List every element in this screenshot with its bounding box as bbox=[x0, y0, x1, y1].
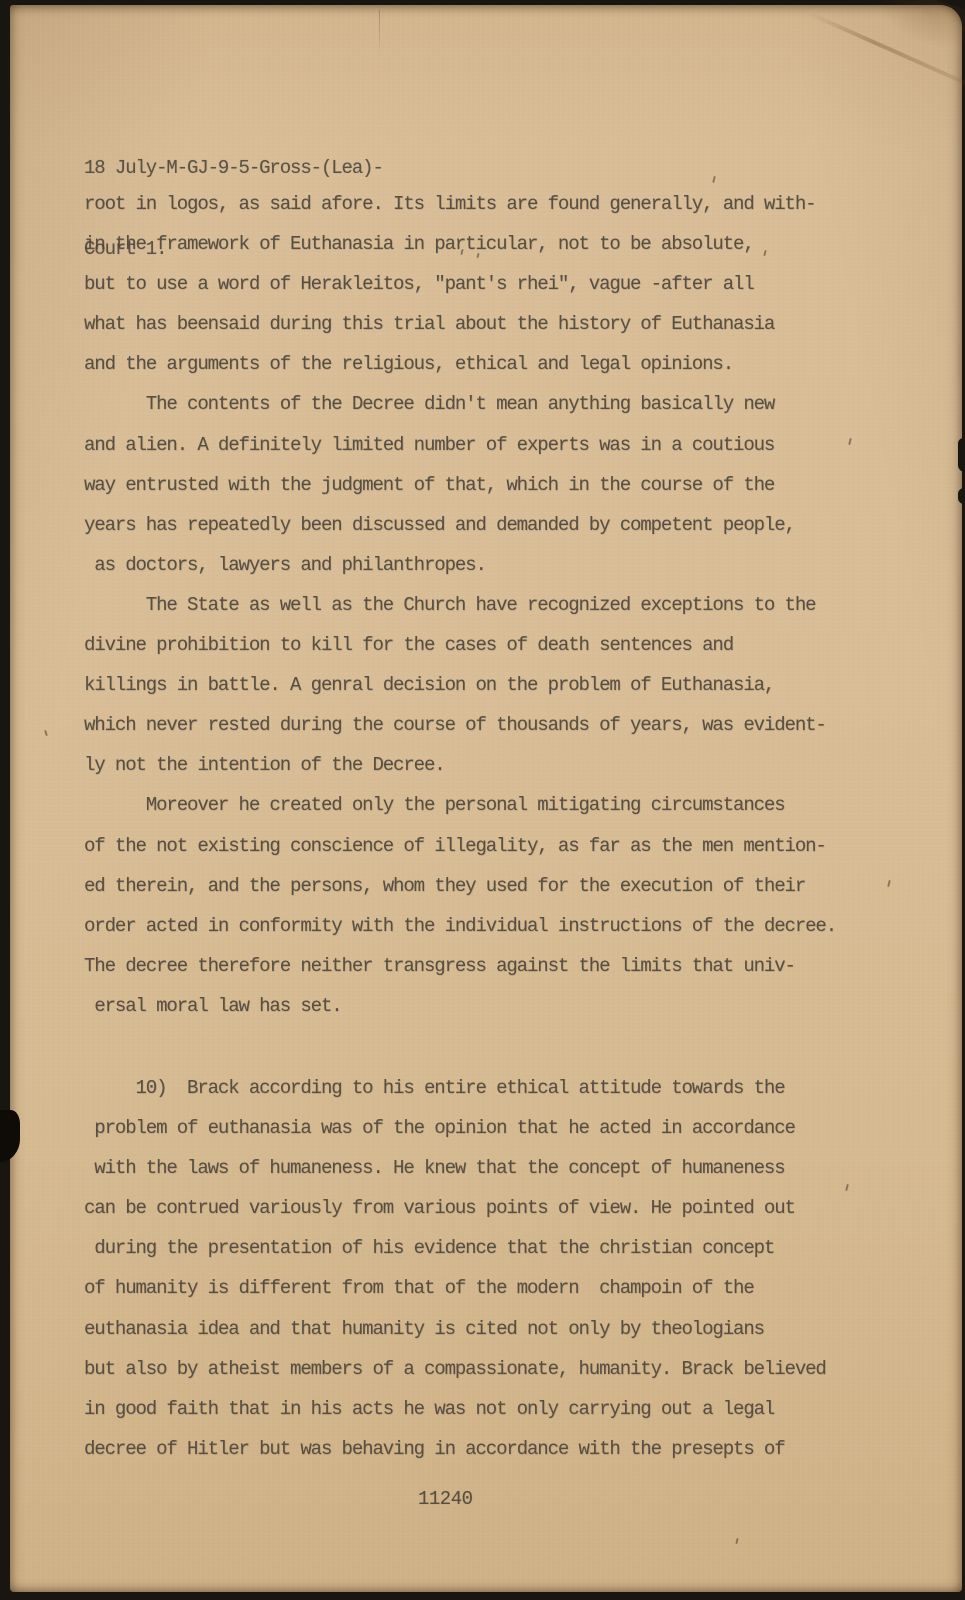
text-line: problem of euthanasia was of the opinion… bbox=[84, 1108, 954, 1148]
text-line: years has repeatedly been discussed and … bbox=[84, 505, 954, 545]
text-line: Moreover he created only the personal mi… bbox=[84, 785, 954, 825]
text-line: what has beensaid during this trial abou… bbox=[84, 304, 954, 344]
text-line: The State as well as the Church have rec… bbox=[84, 585, 954, 625]
page-number: 11240 bbox=[418, 1479, 473, 1519]
text-line: ed therein, and the persons, whom they u… bbox=[84, 866, 954, 906]
text-line: but to use a word of Herakleitos, "pant'… bbox=[84, 264, 954, 304]
text-line: euthanasia idea and that humanity is cit… bbox=[84, 1309, 954, 1349]
header-line: 18 July-M-GJ-9-5-Gross-(Lea)- bbox=[84, 155, 383, 182]
text-line: in the framework of Euthanasia in partic… bbox=[84, 224, 954, 264]
text-line: of humanity is different from that of th… bbox=[84, 1268, 954, 1308]
text-line: during the presentation of his evidence … bbox=[84, 1228, 954, 1268]
text-line: way entrusted with the judgment of that,… bbox=[84, 465, 954, 505]
torn-edge-nick bbox=[958, 488, 965, 504]
text-line: decree of Hitler but was behaving in acc… bbox=[84, 1429, 954, 1469]
text-line: killings in battle. A genral decision on… bbox=[84, 665, 954, 705]
text-line: 10) Brack according to his entire ethica… bbox=[84, 1068, 954, 1108]
text-line: The contents of the Decree didn't mean a… bbox=[84, 384, 954, 424]
paper-fold-line bbox=[379, 10, 380, 56]
text-line: with the laws of humaneness. He knew tha… bbox=[84, 1148, 954, 1188]
text-line: and alien. A definitely limited number o… bbox=[84, 425, 954, 465]
paragraph: root in logos, as said afore. Its limits… bbox=[84, 184, 954, 384]
scan-root: { "colors": { "scan_background": "#19151… bbox=[0, 0, 965, 1600]
text-line: order acted in conformity with the indiv… bbox=[84, 906, 954, 946]
text-line: can be contrued variously from various p… bbox=[84, 1188, 954, 1228]
paragraph: The contents of the Decree didn't mean a… bbox=[84, 384, 954, 584]
text-line: in good faith that in his acts he was no… bbox=[84, 1389, 954, 1429]
paragraph: 10) Brack according to his entire ethica… bbox=[84, 1068, 954, 1469]
text-line: divine prohibition to kill for the cases… bbox=[84, 625, 954, 665]
text-line: and the arguments of the religious, ethi… bbox=[84, 344, 954, 384]
paragraph: Moreover he created only the personal mi… bbox=[84, 785, 954, 1026]
text-line: but also by atheist members of a compass… bbox=[84, 1349, 954, 1389]
document-body: root in logos, as said afore. Its limits… bbox=[84, 184, 954, 1469]
torn-edge-nick bbox=[958, 438, 965, 472]
text-line: which never rested during the course of … bbox=[84, 705, 954, 745]
scanned-page-background: 18 July-M-GJ-9-5-Gross-(Lea)- Court 1. r… bbox=[0, 0, 965, 1600]
text-line: ersal moral law has set. bbox=[84, 986, 954, 1026]
text-line: as doctors, lawyers and philanthropes. bbox=[84, 545, 954, 585]
text-line: ly not the intention of the Decree. bbox=[84, 745, 954, 785]
text-line: root in logos, as said afore. Its limits… bbox=[84, 184, 954, 224]
text-line: of the not existing conscience of illega… bbox=[84, 826, 954, 866]
paragraph: The State as well as the Church have rec… bbox=[84, 585, 954, 785]
text-line: The decree therefore neither transgress … bbox=[84, 946, 954, 986]
paper-stain bbox=[866, 0, 965, 62]
